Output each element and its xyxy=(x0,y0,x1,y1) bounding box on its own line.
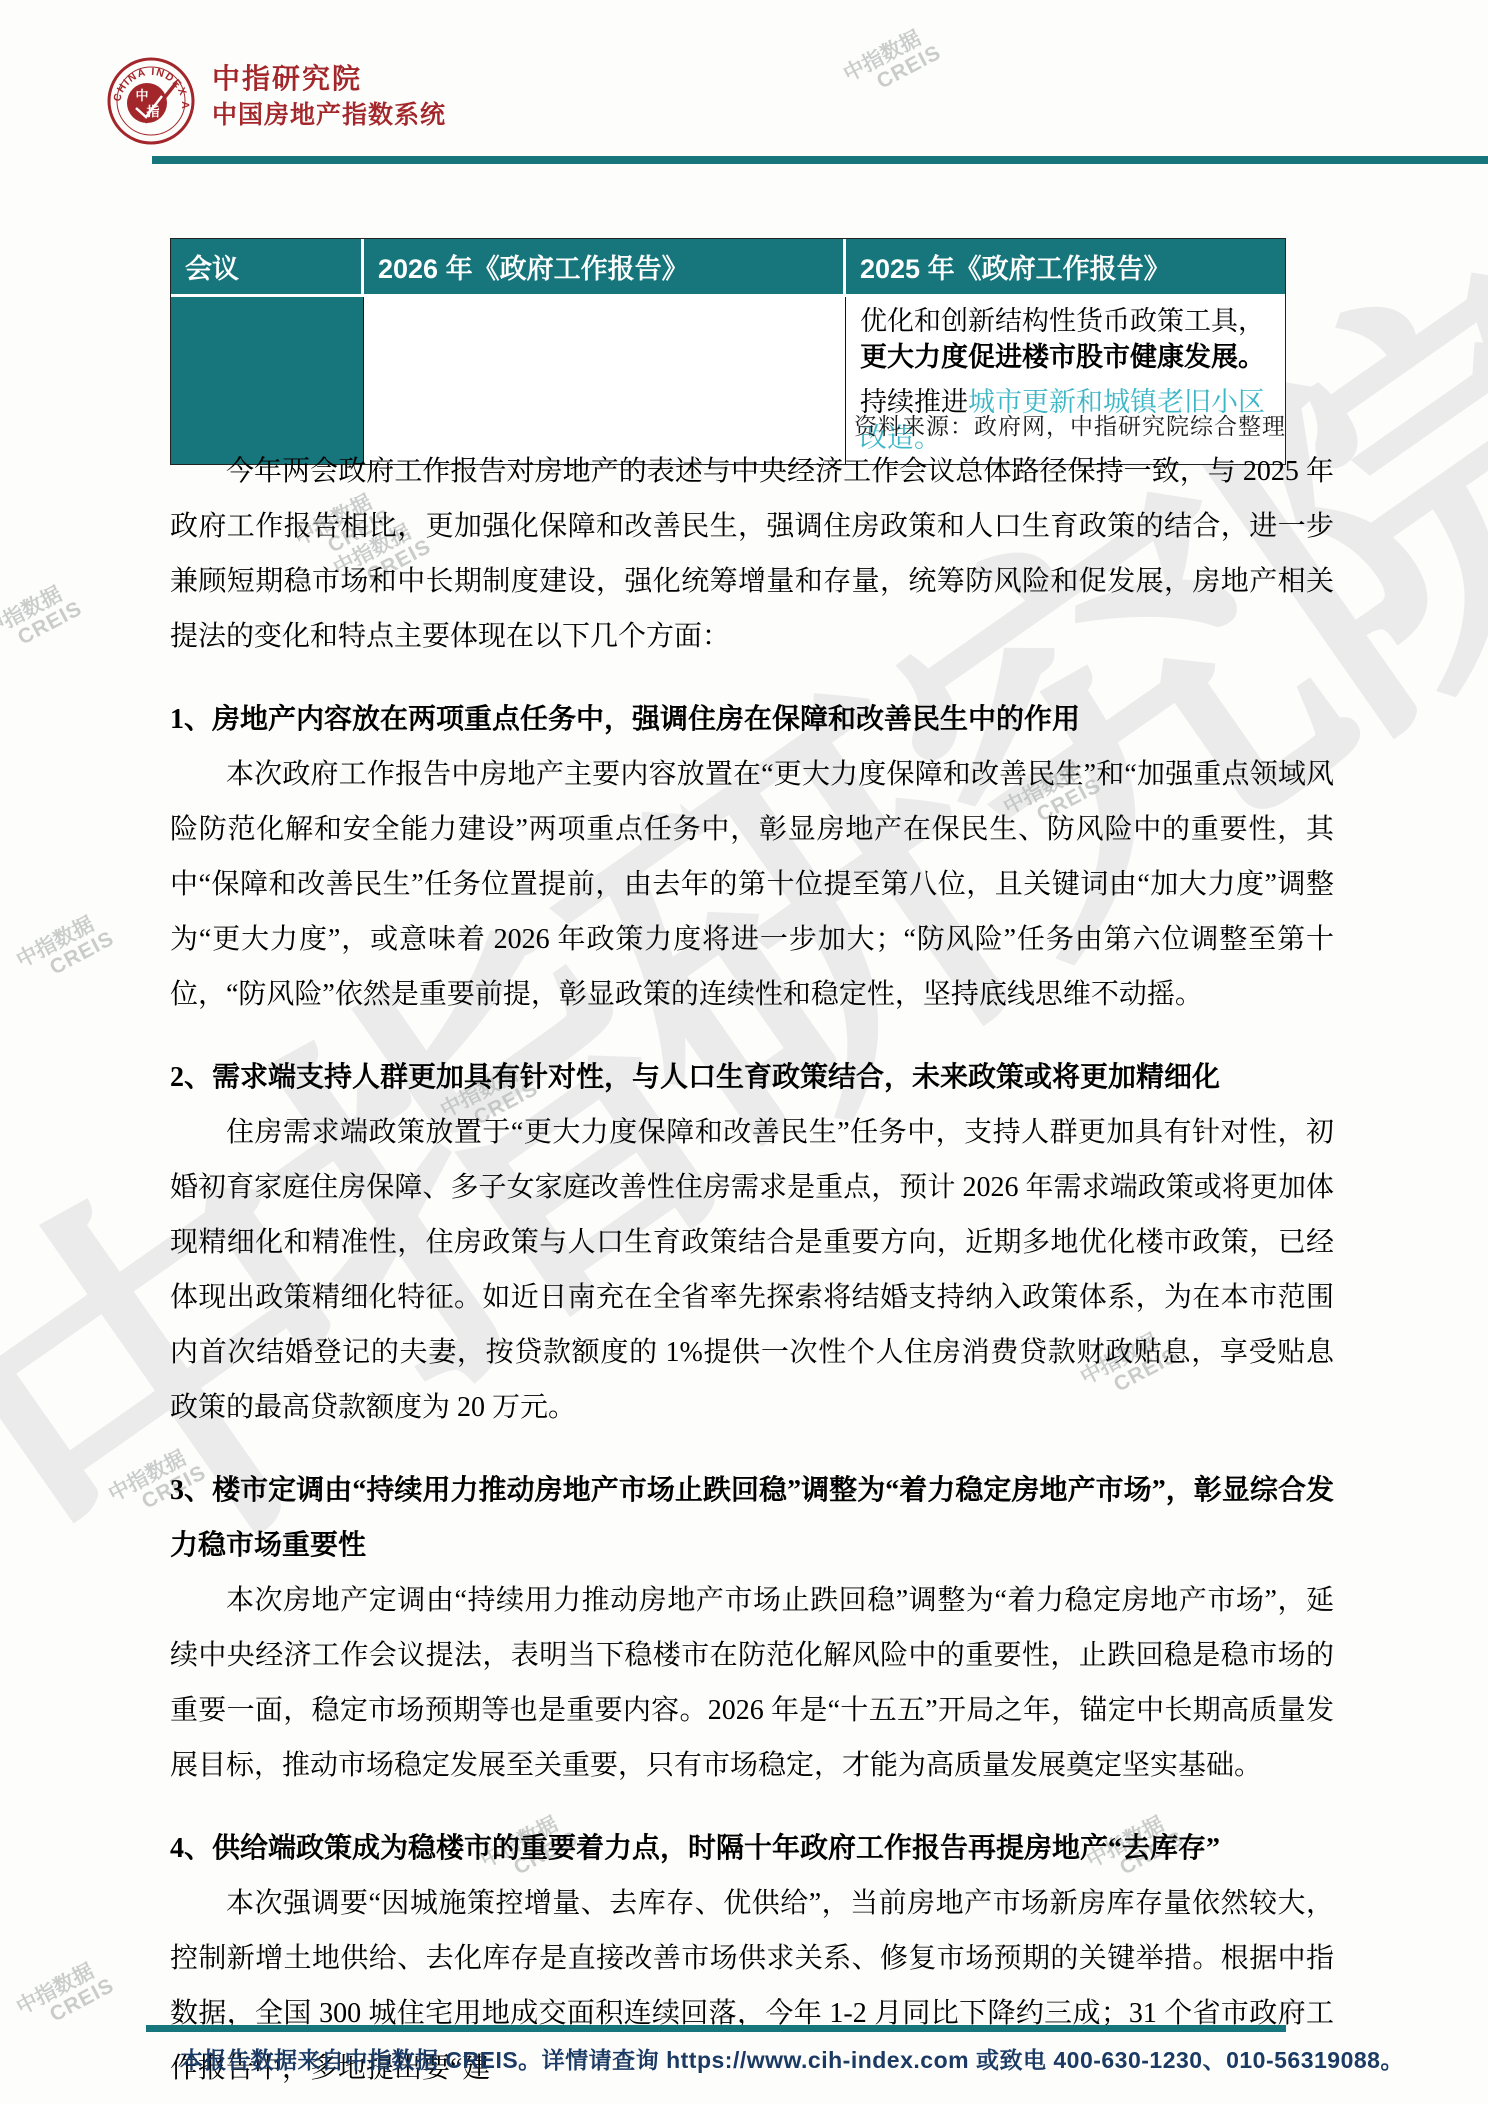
watermark-creis: 中指数据 CREIS xyxy=(840,22,945,106)
watermark-text: 中指数据 xyxy=(0,583,66,643)
watermark-text: CREIS xyxy=(24,1975,118,2039)
intro-paragraph: 今年两会政府工作报告对房地产的表述与中央经济工作会议总体路径保持一致，与 202… xyxy=(170,444,1334,664)
section-3-heading: 3、楼市定调由“持续用力推动房地产市场止跌回稳”调整为“着力稳定房地产市场”，彰… xyxy=(170,1463,1334,1573)
section-1-heading: 1、房地产内容放在两项重点任务中，强调住房在保障和改善民生中的作用 xyxy=(170,692,1334,747)
table-header-2025-report: 2025 年《政府工作报告》 xyxy=(846,239,1285,297)
org-name: 中指研究院 xyxy=(212,60,446,98)
footer-text: 或致电 400-630-1230、010-56319088。 xyxy=(969,2047,1404,2073)
section-1-paragraph: 本次政府工作报告中房地产主要内容放置在“更大力度保障和改善民生”和“加强重点领域… xyxy=(170,747,1334,1022)
cia-logo: CHINA INDEX ACADEMY 中 指 xyxy=(106,56,196,146)
watermark-creis: 中指数据 CREIS xyxy=(0,578,86,662)
table-header-2026-report: 2026 年《政府工作报告》 xyxy=(364,239,846,297)
watermark-text: CREIS xyxy=(24,928,118,992)
watermark-text: 中指数据 xyxy=(13,913,98,973)
section-4-heading: 4、供给端政策成为稳楼市的重要着力点，时隔十年政府工作报告再提房地产“去库存” xyxy=(170,1821,1334,1876)
footer-url-link[interactable]: https://www.cih-index.com xyxy=(666,2047,969,2073)
cell-text-bold: 更大力度促进楼市股市健康发展。 xyxy=(860,342,1265,372)
cell-paragraph: 优化和创新结构性货币政策工具，更大力度促进楼市股市健康发展。 xyxy=(860,303,1273,375)
footer-note: 本报告数据来自中指数据 CREIS。详情请查询 https://www.cih-… xyxy=(180,2042,1420,2075)
svg-text:指: 指 xyxy=(145,104,159,119)
watermark-text: 中指数据 xyxy=(840,27,925,87)
watermark-creis: 中指数据 CREIS xyxy=(13,1955,118,2039)
section-2-heading: 2、需求端支持人群更加具有针对性，与人口生育政策结合，未来政策或将更加精细化 xyxy=(170,1050,1334,1105)
cell-text: 优化和创新结构性货币政策工具， xyxy=(860,306,1265,336)
report-page: 中指研究院 中指数据 CREIS 中指数据 CREIS 中指数据 CREIS 中… xyxy=(0,0,1488,2104)
watermark-text: CREIS xyxy=(851,42,945,106)
section-3-paragraph: 本次房地产定调由“持续用力推动房地产市场止跌回稳”调整为“着力稳定房地产市场”，… xyxy=(170,1573,1334,1793)
watermark-text: CREIS xyxy=(0,598,86,662)
header-divider xyxy=(152,156,1488,164)
report-body: 今年两会政府工作报告对房地产的表述与中央经济工作会议总体路径保持一致，与 202… xyxy=(170,444,1334,2096)
section-2-paragraph: 住房需求端政策放置于“更大力度保障和改善民生”任务中，支持人群更加具有针对性，初… xyxy=(170,1105,1334,1435)
footer-divider xyxy=(146,2025,1286,2032)
header-org-block: 中指研究院 中国房地产指数系统 xyxy=(212,60,446,132)
table-header-row: 会议 2026 年《政府工作报告》 2025 年《政府工作报告》 xyxy=(171,239,1285,297)
footer-text: 本报告数据来自中指数据 CREIS。详情请查询 xyxy=(180,2047,666,2073)
watermark-text: 中指数据 xyxy=(13,1960,98,2020)
svg-text:中: 中 xyxy=(135,88,148,103)
system-name: 中国房地产指数系统 xyxy=(212,98,446,132)
table-header-meeting: 会议 xyxy=(171,239,364,297)
watermark-creis: 中指数据 CREIS xyxy=(13,908,118,992)
cia-logo-seal: CHINA INDEX ACADEMY 中 指 xyxy=(106,56,196,146)
source-note: 资料来源：政府网，中指研究院综合整理 xyxy=(170,408,1286,441)
